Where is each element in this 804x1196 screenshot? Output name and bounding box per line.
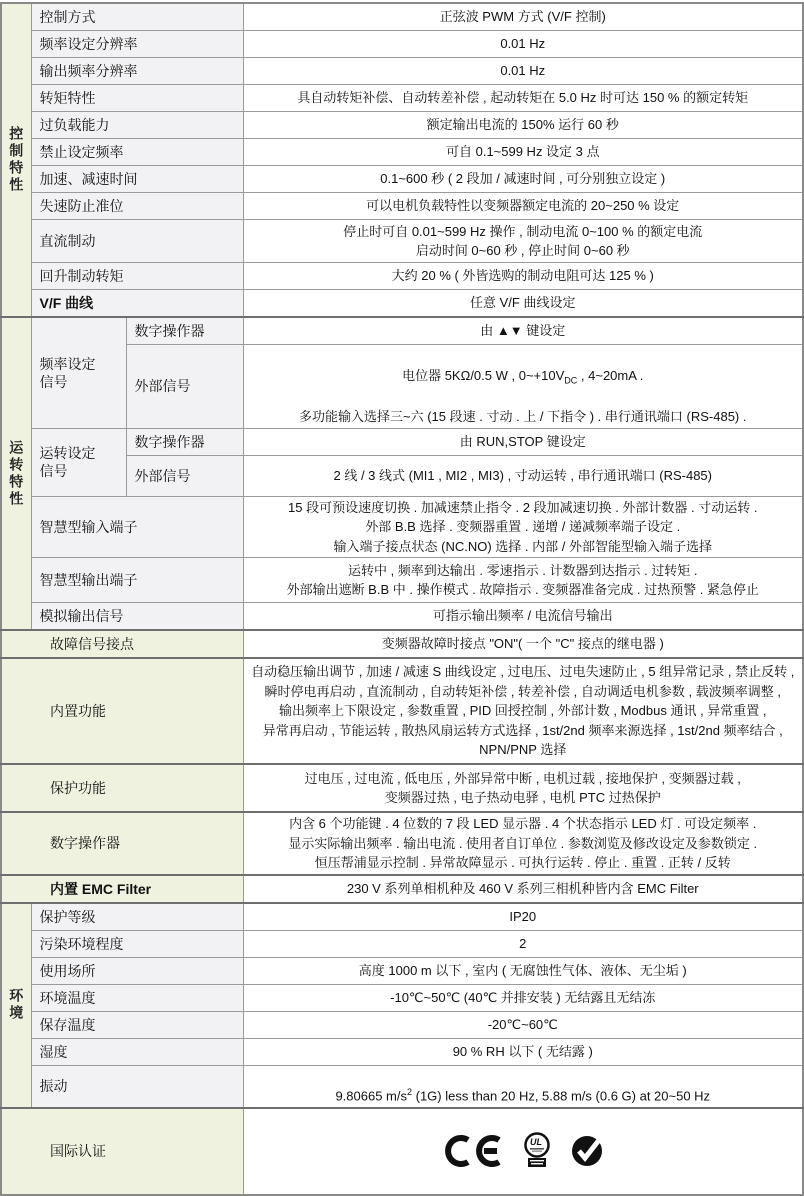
row-value: 自动稳压输出调节 , 加速 / 减速 S 曲线设定 , 过电压、过电失速防止 ,… [243, 658, 803, 764]
row-builtin-functions: 内置功能 自动稳压输出调节 , 加速 / 减速 S 曲线设定 , 过电压、过电失… [1, 658, 803, 764]
row-value: 额定输出电流的 150% 运行 60 秒 [243, 112, 803, 139]
row-smart-output: 智慧型输出端子 运转中 , 频率到达输出 . 零速指示 . 计数器到达指示 . … [1, 558, 803, 603]
row-label: 直流制动 [31, 220, 243, 263]
row-fault-contact: 故障信号接点 变频器故障时接点 "ON"( 一个 "C" 接点的继电器 ) [1, 630, 803, 658]
row-value: 可指示输出频率 / 电流信号输出 [243, 603, 803, 631]
row-value: -20℃~60℃ [243, 1011, 803, 1038]
row-label: 回升制动转矩 [31, 263, 243, 290]
ul-letters: UL [530, 1137, 542, 1147]
certification-logos: UL [250, 1129, 797, 1173]
row-freq-set-resolution: 频率设定分辨率 0.01 Hz [1, 31, 803, 58]
row-value: 停止时可自 0.01~599 Hz 操作 , 制动电流 0~100 % 的额定电… [243, 220, 803, 263]
row-torque-characteristics: 转矩特性 具自动转矩补偿、自动转差补偿 , 起动转矩在 5.0 Hz 时可达 1… [1, 85, 803, 112]
row-protection-class: 环境 保护等级 IP20 [1, 903, 803, 931]
row-label: 失速防止准位 [31, 193, 243, 220]
row-control-mode: 控制特性 控制方式 正弦波 PWM 方式 (V/F 控制) [1, 3, 803, 31]
row-label: 控制方式 [31, 3, 243, 31]
row-label: 环境温度 [31, 984, 243, 1011]
row-value: 高度 1000 m 以下 , 室内 ( 无腐蚀性气体、液体、无尘垢 ) [243, 957, 803, 984]
row-value: 2 [243, 930, 803, 957]
row-value: 变频器故障时接点 "ON"( 一个 "C" 接点的继电器 ) [243, 630, 803, 658]
row-label: 保存温度 [31, 1011, 243, 1038]
row-value: 230 V 系列单相机种及 460 V 系列三相机种皆内含 EMC Filter [243, 875, 803, 903]
row-humidity: 湿度 90 % RH 以下 ( 无结露 ) [1, 1038, 803, 1065]
row-value: 大约 20 % ( 外皆选购的制动电阻可达 125 % ) [243, 263, 803, 290]
row-label-freq-signal: 频率设定 信号 [31, 317, 126, 428]
row-value: 9.80665 m/s2 (1G) less than 20 Hz, 5.88 … [243, 1065, 803, 1108]
value-subscript: DC [564, 375, 577, 385]
row-label: 湿度 [31, 1038, 243, 1065]
row-value: 0.1~600 秒 ( 2 段加 / 减速时间 , 可分别独立设定 ) [243, 166, 803, 193]
row-vf-curve: V/F 曲线 任意 V/F 曲线设定 [1, 290, 803, 318]
row-emc-filter: 内置 EMC Filter 230 V 系列单相机种及 460 V 系列三相机种… [1, 875, 803, 903]
ce-mark-icon [442, 1135, 504, 1167]
row-freq-signal-digital: 运转特性 频率设定 信号 数字操作器 由 ▲▼ 键设定 [1, 317, 803, 345]
row-pollution-degree: 污染环境程度 2 [1, 930, 803, 957]
row-value: 运转中 , 频率到达输出 . 零速指示 . 计数器到达指示 . 过转矩 . 外部… [243, 558, 803, 603]
row-value: 0.01 Hz [243, 58, 803, 85]
category-operation: 运转特性 [1, 317, 31, 630]
row-vibration: 振动 9.80665 m/s2 (1G) less than 20 Hz, 5.… [1, 1065, 803, 1108]
row-value: 内含 6 个功能键 . 4 位数的 7 段 LED 显示器 . 4 个状态指示 … [243, 812, 803, 875]
row-dc-braking: 直流制动 停止时可自 0.01~599 Hz 操作 , 制动电流 0~100 %… [1, 220, 803, 263]
row-certification: 国际认证 UL [1, 1108, 803, 1195]
row-label: 智慧型输入端子 [31, 496, 243, 558]
row-label: 转矩特性 [31, 85, 243, 112]
row-usage-location: 使用场所 高度 1000 m 以下 , 室内 ( 无腐蚀性气体、液体、无尘垢 ) [1, 957, 803, 984]
row-label: 保护等级 [31, 903, 243, 931]
row-label: 保护功能 [1, 764, 243, 812]
row-value: 具自动转矩补偿、自动转差补偿 , 起动转矩在 5.0 Hz 时可达 150 % … [243, 85, 803, 112]
row-value: 由 ▲▼ 键设定 [243, 317, 803, 345]
row-regen-braking-torque: 回升制动转矩 大约 20 % ( 外皆选购的制动电阻可达 125 % ) [1, 263, 803, 290]
row-label: 模拟输出信号 [31, 603, 243, 631]
row-accel-decel-time: 加速、减速时间 0.1~600 秒 ( 2 段加 / 减速时间 , 可分别独立设… [1, 166, 803, 193]
value-text-pre: 9.80665 m/s [335, 1088, 407, 1103]
row-smart-input: 智慧型输入端子 15 段可预设速度切换 . 加减速禁止指令 . 2 段加减速切换… [1, 496, 803, 558]
row-sublabel: 数字操作器 [126, 428, 243, 455]
row-value: 正弦波 PWM 方式 (V/F 控制) [243, 3, 803, 31]
row-value: 任意 V/F 曲线设定 [243, 290, 803, 318]
spec-table: 控制特性 控制方式 正弦波 PWM 方式 (V/F 控制) 频率设定分辨率 0.… [0, 2, 804, 1196]
row-label: 数字操作器 [1, 812, 243, 875]
row-value: 过电压 , 过电流 , 低电压 , 外部异常中断 , 电机过载 , 接地保护 ,… [243, 764, 803, 812]
ul-mark-icon: UL [522, 1132, 552, 1170]
c-tick-mark-icon [570, 1134, 604, 1168]
row-label: 国际认证 [1, 1108, 243, 1195]
row-label-run-signal: 运转设定 信号 [31, 428, 126, 496]
row-value: -10℃~50℃ (40℃ 并排安装 ) 无结露且无结冻 [243, 984, 803, 1011]
row-ambient-temperature: 环境温度 -10℃~50℃ (40℃ 并排安装 ) 无结露且无结冻 [1, 984, 803, 1011]
row-digital-operator: 数字操作器 内含 6 个功能键 . 4 位数的 7 段 LED 显示器 . 4 … [1, 812, 803, 875]
row-label: 内置 EMC Filter [1, 875, 243, 903]
row-label: V/F 曲线 [31, 290, 243, 318]
row-protection-functions: 保护功能 过电压 , 过电流 , 低电压 , 外部异常中断 , 电机过载 , 接… [1, 764, 803, 812]
row-value: IP20 [243, 903, 803, 931]
row-value: 90 % RH 以下 ( 无结露 ) [243, 1038, 803, 1065]
row-label: 故障信号接点 [1, 630, 243, 658]
row-label: 加速、减速时间 [31, 166, 243, 193]
row-value: 0.01 Hz [243, 31, 803, 58]
row-sublabel: 数字操作器 [126, 317, 243, 345]
value-text-line2: 多功能输入选择三~六 (15 段速 . 寸动 . 上 / 下指令 ) . 串行通… [299, 409, 746, 424]
row-value: 2 线 / 3 线式 (MI1 , MI2 , MI3) , 寸动运转 , 串行… [243, 455, 803, 496]
row-label: 智慧型输出端子 [31, 558, 243, 603]
row-label: 输出频率分辨率 [31, 58, 243, 85]
row-sublabel: 外部信号 [126, 345, 243, 429]
row-storage-temperature: 保存温度 -20℃~60℃ [1, 1011, 803, 1038]
row-label: 过负载能力 [31, 112, 243, 139]
row-value: 可以电机负载特性以变频器额定电流的 20~250 % 设定 [243, 193, 803, 220]
row-sublabel: 外部信号 [126, 455, 243, 496]
row-stall-prevention: 失速防止准位 可以电机负载特性以变频器额定电流的 20~250 % 设定 [1, 193, 803, 220]
row-value: 电位器 5KΩ/0.5 W , 0~+10VDC , 4~20mA . 多功能输… [243, 345, 803, 429]
row-label: 污染环境程度 [31, 930, 243, 957]
category-environment: 环境 [1, 903, 31, 1108]
row-label: 振动 [31, 1065, 243, 1108]
row-forbidden-frequency: 禁止设定频率 可自 0.1~599 Hz 设定 3 点 [1, 139, 803, 166]
row-label: 使用场所 [31, 957, 243, 984]
value-text-post: (1G) less than 20 Hz, 5.88 m/s (0.6 G) a… [412, 1088, 710, 1103]
category-control: 控制特性 [1, 3, 31, 317]
row-output-freq-resolution: 输出频率分辨率 0.01 Hz [1, 58, 803, 85]
row-label: 频率设定分辨率 [31, 31, 243, 58]
value-text-post: , 4~20mA . [577, 368, 643, 383]
value-text-pre: 电位器 5KΩ/0.5 W , 0~+10V [402, 368, 564, 383]
row-overload-capacity: 过负载能力 额定输出电流的 150% 运行 60 秒 [1, 112, 803, 139]
row-value: 由 RUN,STOP 键设定 [243, 428, 803, 455]
row-analog-output: 模拟输出信号 可指示输出频率 / 电流信号输出 [1, 603, 803, 631]
row-label: 内置功能 [1, 658, 243, 764]
row-run-signal-digital: 运转设定 信号 数字操作器 由 RUN,STOP 键设定 [1, 428, 803, 455]
row-value: UL [243, 1108, 803, 1195]
row-value: 15 段可预设速度切换 . 加减速禁止指令 . 2 段加减速切换 . 外部计数器… [243, 496, 803, 558]
row-value: 可自 0.1~599 Hz 设定 3 点 [243, 139, 803, 166]
row-label: 禁止设定频率 [31, 139, 243, 166]
